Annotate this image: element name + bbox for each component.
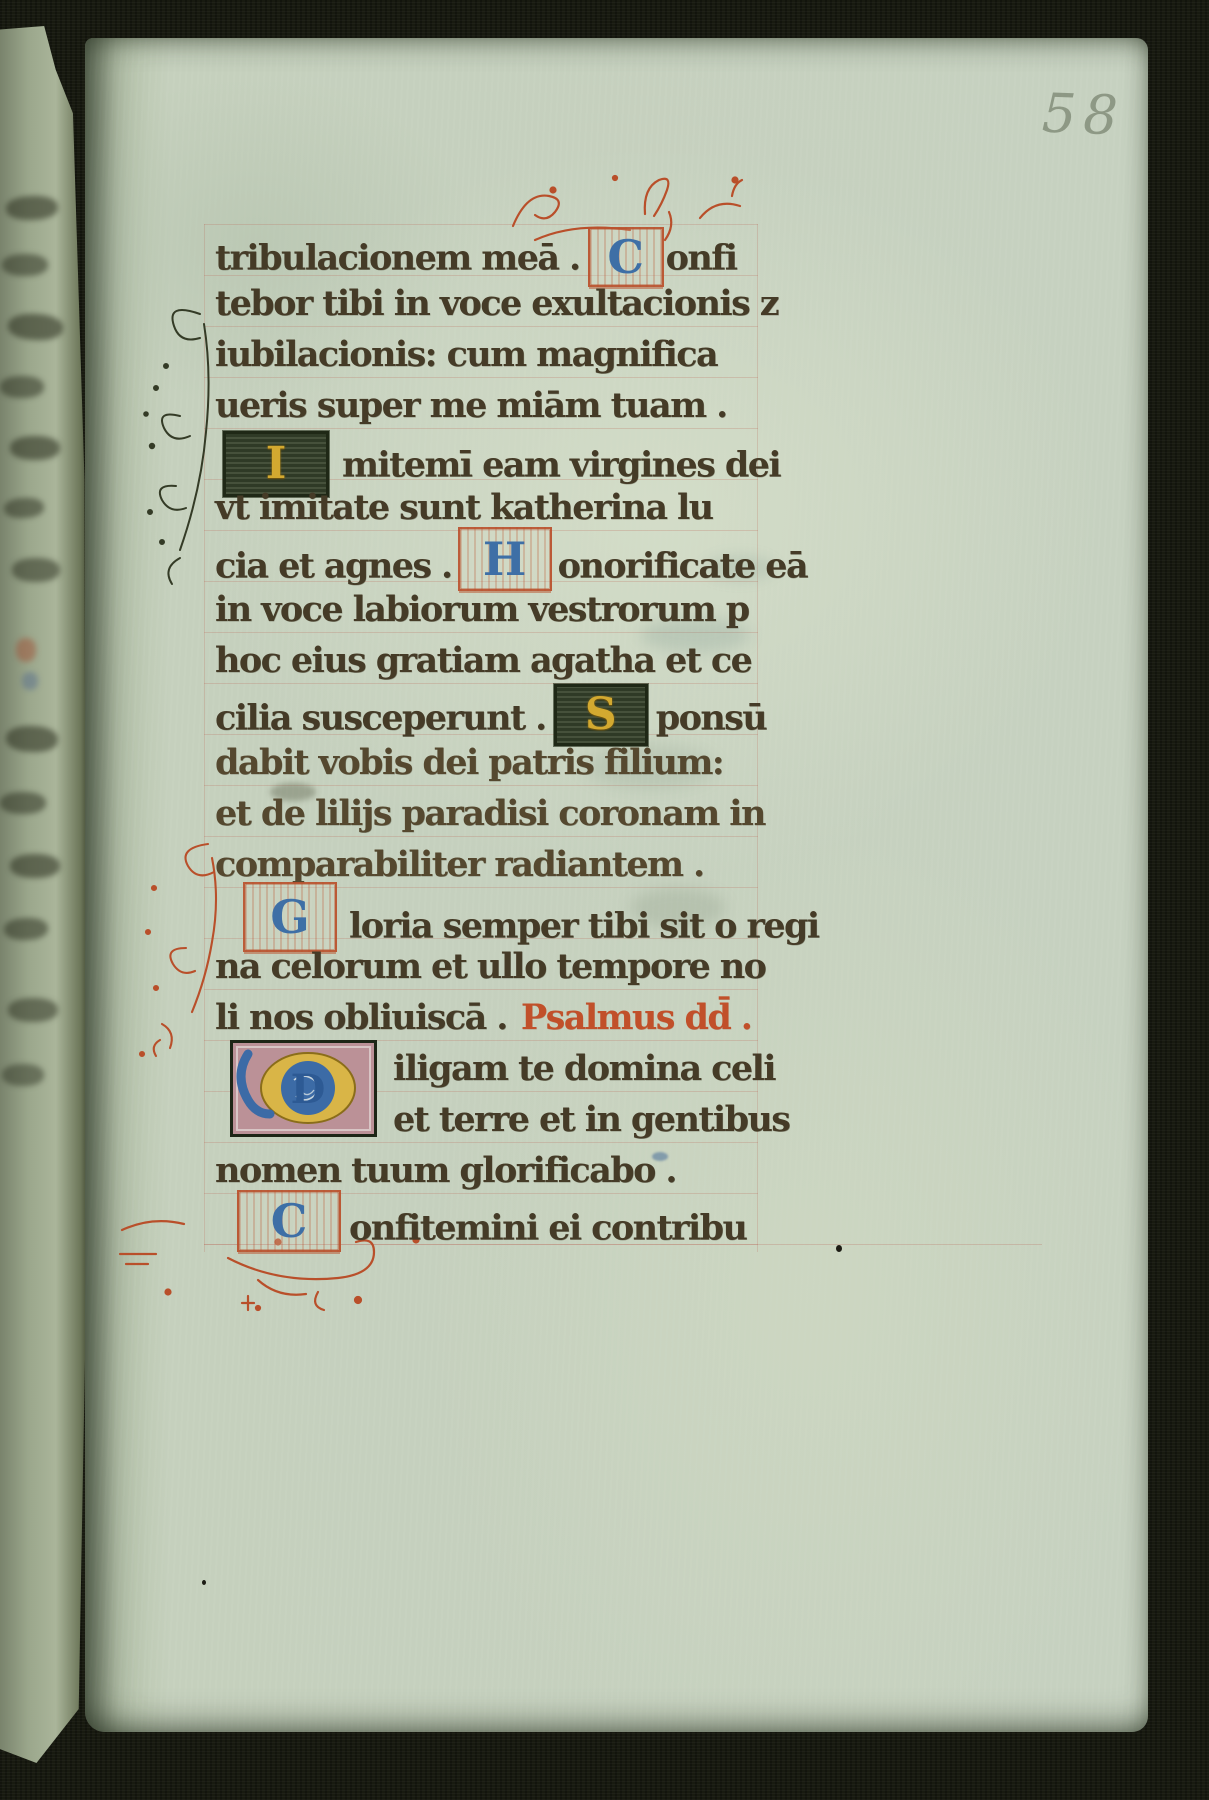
manuscript-line: vt imitate sunt katherina lu xyxy=(215,485,713,531)
facing-page-text-fragment xyxy=(0,376,44,398)
manuscript-line: et terre et in gentibus xyxy=(393,1097,789,1143)
facing-page-text-fragment xyxy=(2,1064,44,1086)
manuscript-line: tebor tibi in voce exultacionis z xyxy=(215,281,778,327)
line-text: onorificate eā xyxy=(558,546,807,587)
line-text: ponsū xyxy=(656,698,766,739)
manuscript-line: iubilacionis: cum magnifica xyxy=(215,332,717,378)
manuscript-photo: 58 xyxy=(0,0,1209,1800)
facing-page-text-fragment xyxy=(0,792,46,814)
line-text: na celorum et ullo tempore no xyxy=(215,946,765,987)
facing-page-edge xyxy=(0,26,96,1770)
facing-page-text-fragment xyxy=(4,917,49,941)
manuscript-line: ueris super me miām tuam . xyxy=(215,383,727,429)
folio-number: 58 xyxy=(1041,87,1126,144)
line-text: li nos obliuiscā . xyxy=(215,997,507,1038)
line-text: nomen tuum glorificabo . xyxy=(215,1150,676,1191)
rubric-psalmus: Psalmus dd̄ . xyxy=(507,997,751,1038)
facing-page-ink-smudge-red xyxy=(16,638,36,662)
illuminated-initial-C: C xyxy=(237,1190,341,1252)
facing-page-text-fragment xyxy=(4,497,45,519)
manuscript-line: dabit vobis dei patris filium: xyxy=(215,740,723,786)
line-text: dabit vobis dei patris filium: xyxy=(215,742,723,783)
line-text: et de lilijs paradisi coronam in xyxy=(215,793,765,834)
manuscript-line: nomen tuum glorificabo . xyxy=(215,1148,676,1194)
line-text: vt imitate sunt katherina lu xyxy=(215,487,713,528)
illuminated-initial-S: S xyxy=(554,684,648,746)
manuscript-line: iligam te domina celi xyxy=(393,1046,775,1092)
manuscript-line: in voce labiorum vestrorum p xyxy=(215,587,749,633)
manuscript-line: hoc eius gratiam agatha et ce xyxy=(215,638,751,684)
illuminated-initial-H: H xyxy=(458,527,552,591)
line-text: in voce labiorum vestrorum p xyxy=(215,589,749,630)
ink-speck xyxy=(202,1580,206,1585)
facing-page-text-fragment xyxy=(12,558,60,582)
line-text: et terre et in gentibus xyxy=(393,1099,789,1140)
facing-page-ink-smudge-blue xyxy=(22,672,38,690)
line-text: hoc eius gratiam agatha et ce xyxy=(215,640,751,681)
line-text: onfitemini ei contribu xyxy=(349,1208,746,1249)
line-text: comparabiliter radiantem . xyxy=(215,844,704,885)
line-text: cilia susceperunt . xyxy=(215,698,546,739)
manuscript-line: Confitemini ei contribu xyxy=(237,1199,746,1261)
line-text: iubilacionis: cum magnifica xyxy=(215,334,717,375)
line-text: cia et agnes . xyxy=(215,546,452,587)
facing-page-text-fragment xyxy=(10,854,60,878)
facing-page-text-fragment xyxy=(2,254,48,276)
line-text: mitemī eam virgines dei xyxy=(342,445,780,486)
facing-page-text-fragment xyxy=(6,195,59,221)
manuscript-line: et de lilijs paradisi coronam in xyxy=(215,791,765,837)
facing-page-text-fragment xyxy=(7,313,63,342)
line-text: loria semper tibi sit o regi xyxy=(349,906,819,947)
illuminated-initial-D: D xyxy=(230,1040,377,1137)
ink-speck xyxy=(836,1245,842,1252)
manuscript-line: li nos obliuiscā .Psalmus dd̄ . xyxy=(215,995,751,1041)
line-text: tebor tibi in voce exultacionis z xyxy=(215,283,778,324)
illuminated-initial-G: G xyxy=(243,882,337,952)
line-text: onfi xyxy=(666,238,737,279)
facing-page-text-fragment xyxy=(10,436,60,460)
manuscript-line: na celorum et ullo tempore no xyxy=(215,944,765,990)
line-text: tribulacionem meā . xyxy=(215,238,580,279)
initial-letter-D: D xyxy=(291,1066,326,1113)
line-text: ueris super me miām tuam . xyxy=(215,385,727,426)
illuminated-initial-C: C xyxy=(588,227,664,287)
facing-page-text-fragment xyxy=(8,998,58,1022)
line-text: iligam te domina celi xyxy=(393,1048,775,1089)
facing-page-text-fragment xyxy=(6,725,59,753)
